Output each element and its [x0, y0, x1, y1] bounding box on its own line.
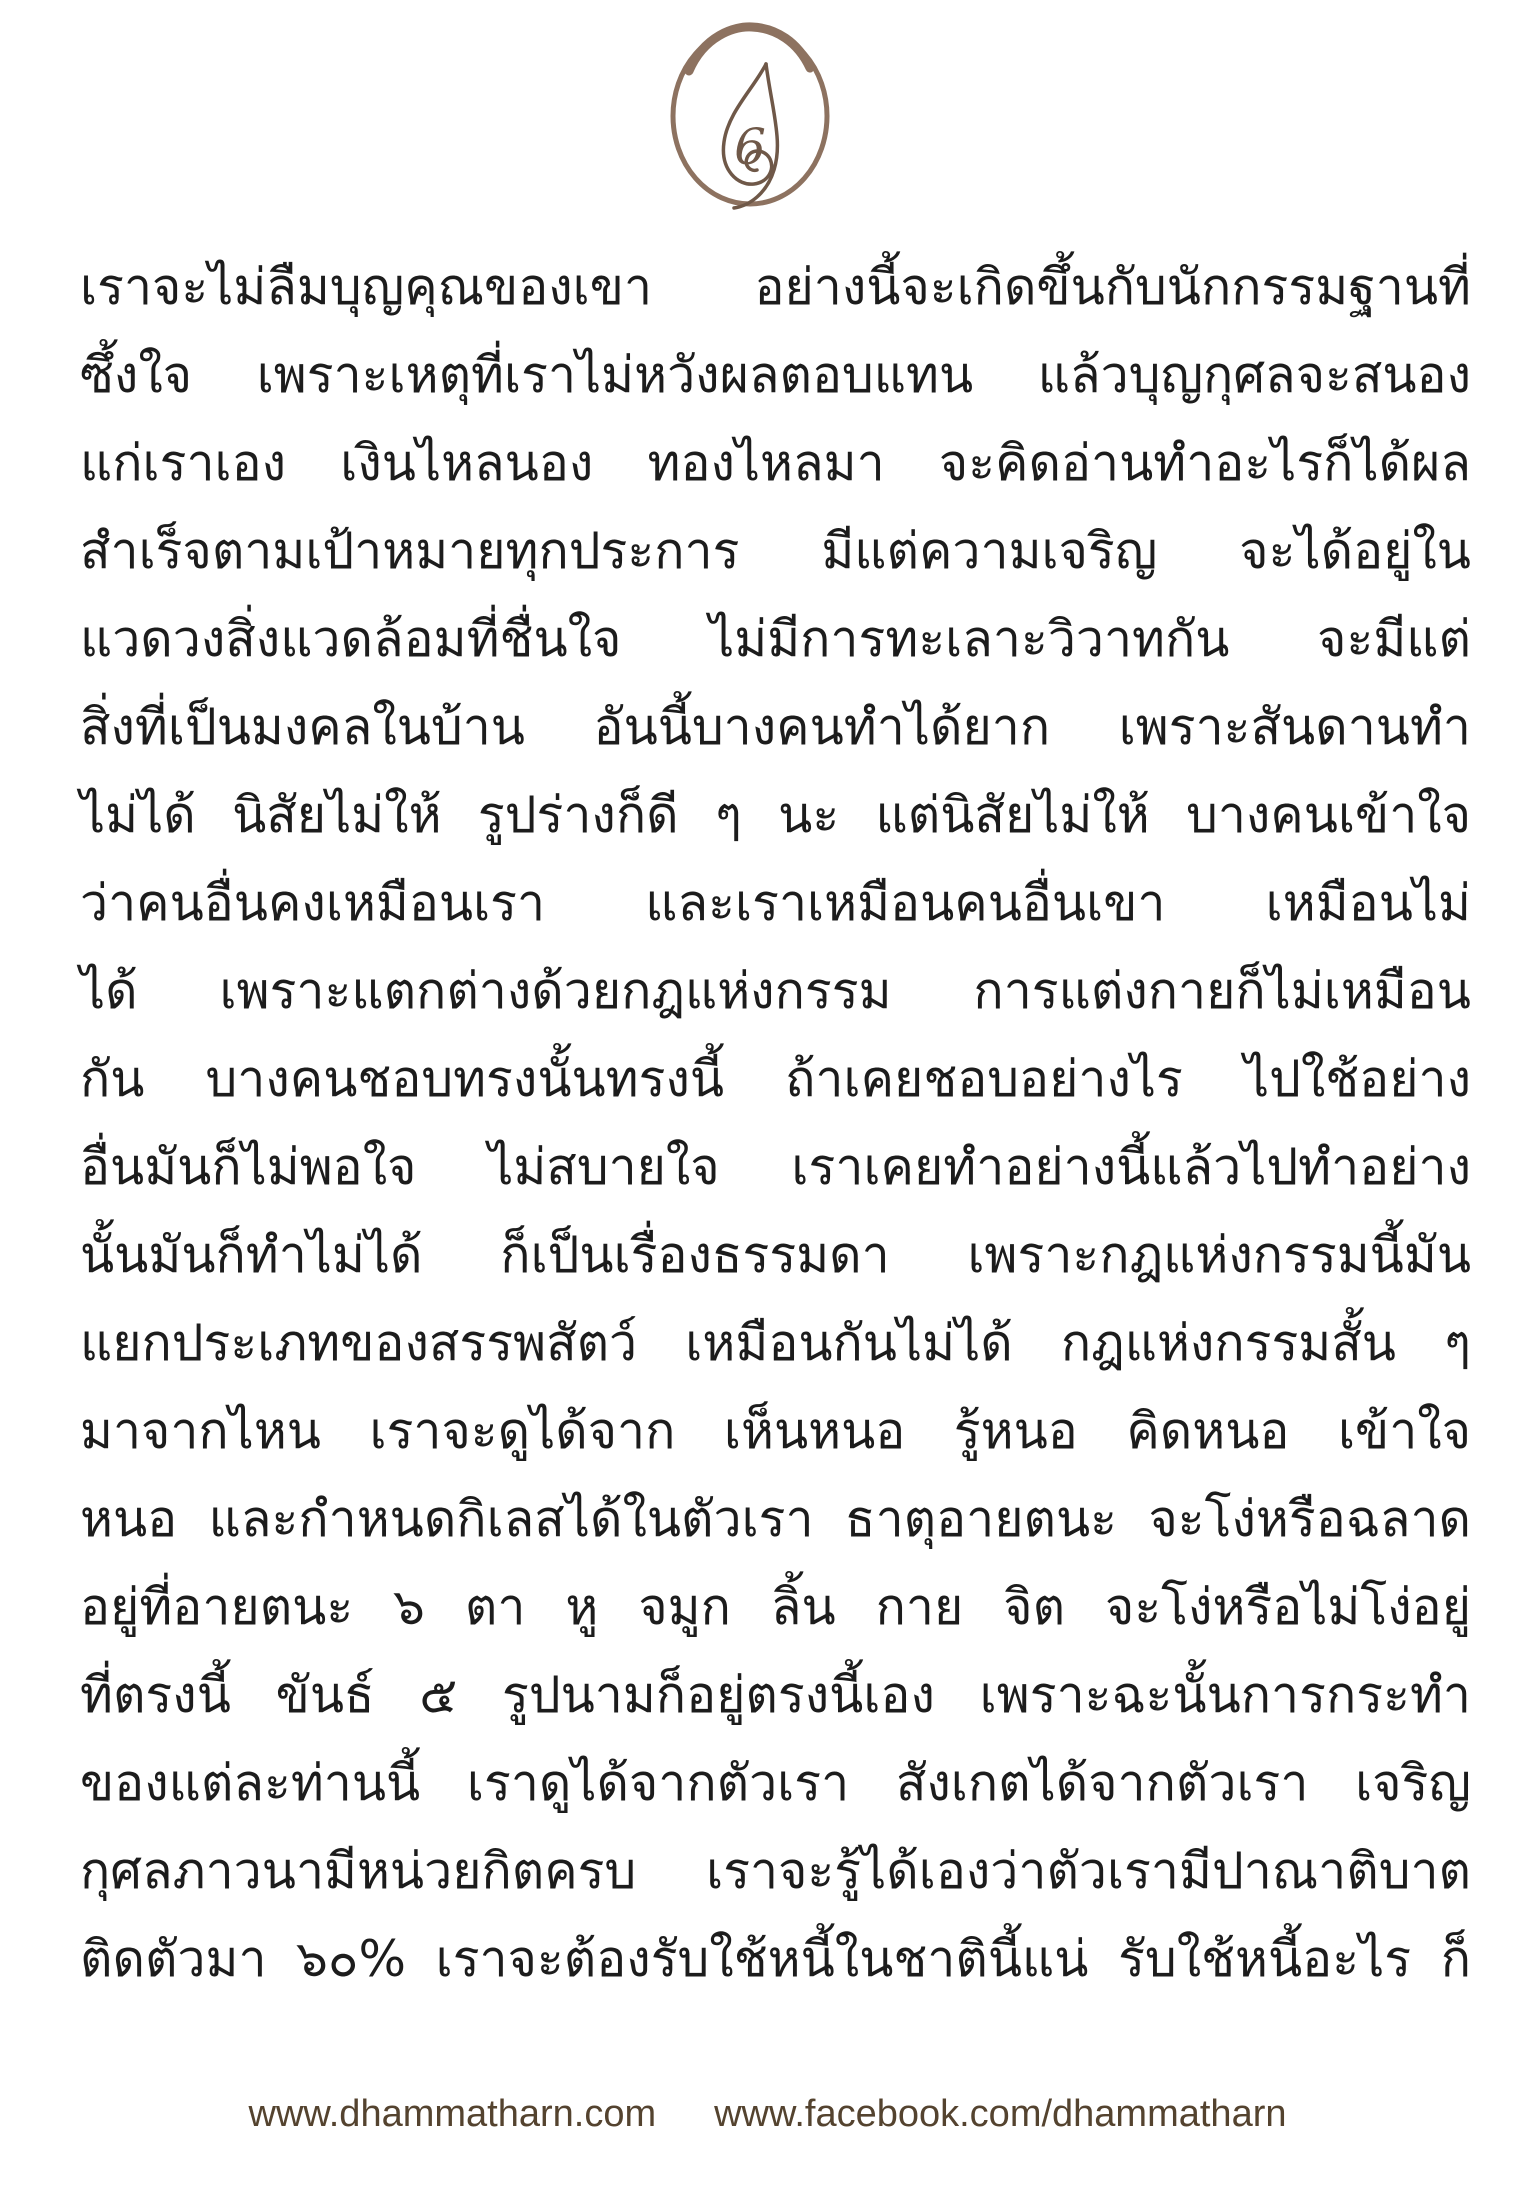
website-url: www.dhammatharn.com — [249, 2090, 657, 2138]
text-line-19: กุศลภาวนามีหน่วยกิตครบ เราจะรู้ได้เองว่า… — [80, 1827, 1471, 1915]
text-line-5: แวดวงสิ่งแวดล้อมที่ชื่นใจ ไม่มีการทะเลาะ… — [80, 595, 1471, 683]
text-line-17: ที่ตรงนี้ ขันธ์ ๕ รูปนามก็อยู่ตรงนี้เอง … — [80, 1651, 1471, 1739]
text-line-10: กัน บางคนชอบทรงนั้นทรงนี้ ถ้าเคยชอบอย่าง… — [80, 1035, 1471, 1123]
leaf-drop-logo-icon: 6 — [662, 16, 838, 212]
text-line-18: ของแต่ละท่านนี้ เราดูได้จากตัวเรา สังเกต… — [80, 1739, 1471, 1827]
footer: www.dhammatharn.com www.facebook.com/dha… — [0, 2090, 1535, 2138]
body-text: เราจะไม่ลืมบุญคุณของเขา อย่างนี้จะเกิดขึ… — [80, 243, 1471, 2003]
text-line-6: สิ่งที่เป็นมงคลในบ้าน อันนี้บางคนทำได้ยา… — [80, 683, 1471, 771]
text-line-7: ไม่ได้ นิสัยไม่ให้ รูปร่างก็ดี ๆ นะ แต่น… — [80, 771, 1471, 859]
text-line-13: แยกประเภทของสรรพสัตว์ เหมือนกันไม่ได้ กฎ… — [80, 1299, 1471, 1387]
text-line-16: อยู่ที่อายตนะ ๖ ตา หู จมูก ลิ้น กาย จิต … — [80, 1563, 1471, 1651]
text-line-15: หนอ และกำหนดกิเลสได้ในตัวเรา ธาตุอายตนะ … — [80, 1475, 1471, 1563]
text-line-3: แก่เราเอง เงินไหลนอง ทองไหลมา จะคิดอ่านท… — [80, 419, 1471, 507]
text-line-8: ว่าคนอื่นคงเหมือนเรา และเราเหมือนคนอื่นเ… — [80, 859, 1471, 947]
text-line-12: นั้นมันก็ทำไม่ได้ ก็เป็นเรื่องธรรมดา เพร… — [80, 1211, 1471, 1299]
text-line-9: ได้ เพราะแตกต่างด้วยกฎแห่งกรรม การแต่งกา… — [80, 947, 1471, 1035]
text-line-4: สำเร็จตามเป้าหมายทุกประการ มีแต่ความเจริ… — [80, 507, 1471, 595]
facebook-url: www.facebook.com/dhammatharn — [714, 2090, 1286, 2138]
text-line-1: เราจะไม่ลืมบุญคุณของเขา อย่างนี้จะเกิดขึ… — [80, 243, 1471, 331]
text-line-14: มาจากไหน เราจะดูได้จาก เห็นหนอ รู้หนอ คิ… — [80, 1387, 1471, 1475]
text-line-2: ซึ้งใจ เพราะเหตุที่เราไม่หวังผลตอบแทน แล… — [80, 331, 1471, 419]
page-number-logo: 6 — [662, 16, 838, 212]
text-line-20: ติดตัวมา ๖๐% เราจะต้องรับใช้หนี้ในชาตินี… — [80, 1915, 1471, 2003]
text-line-11: อื่นมันก็ไม่พอใจ ไม่สบายใจ เราเคยทำอย่าง… — [80, 1123, 1471, 1211]
document-page: 6 เราจะไม่ลืมบุญคุณของเขา อย่างนี้จะเกิด… — [0, 0, 1535, 2185]
page-number: 6 — [734, 118, 766, 176]
